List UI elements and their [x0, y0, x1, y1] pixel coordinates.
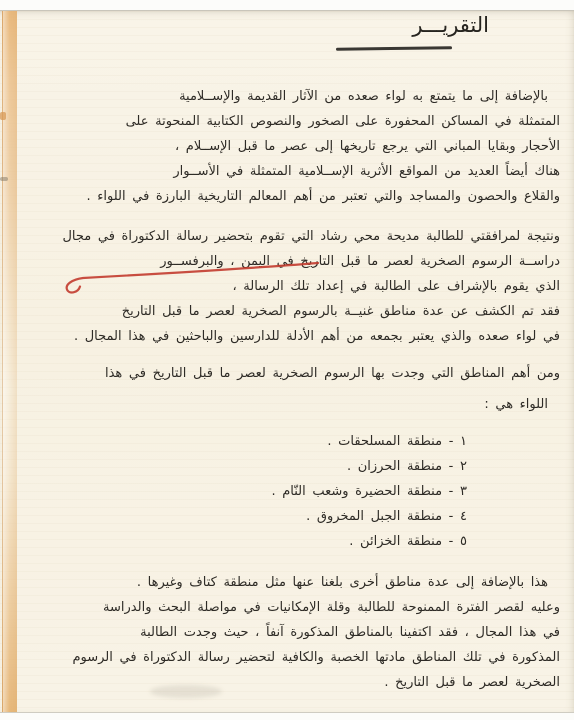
text-line: هذا بالإضافة إلى عدة مناطق أخرى بلغنا عن…	[72, 570, 560, 595]
list-item: ١ - منطقة المسلحقات .	[271, 429, 467, 454]
text-line: دراســة الرسوم الصخرية لعصر ما قبل التار…	[62, 249, 560, 274]
edge-mark	[0, 177, 8, 181]
list-item: ٤ - منطقة الجبل المخروق .	[271, 504, 467, 529]
text-line: الأحجار وبقايا المباني التي يرجع تاريخها…	[87, 134, 560, 159]
edge-mark	[0, 112, 6, 120]
text-line: في لواء صعده والذي يعتبر بجمعه من أهم ال…	[62, 324, 560, 349]
paragraph-2: ونتيجة لمرافقتي للطالبة مديحة محي رشاد ا…	[62, 224, 560, 349]
text-line: في هذا المجال ، فقد اكتفينا بالمناطق الم…	[72, 620, 560, 645]
sites-numbered-list: ١ - منطقة المسلحقات . ٢ - منطقة الحرزان …	[271, 429, 467, 554]
paragraph-3: ومن أهم المناطق التي وجدت بها الرسوم الص…	[105, 358, 560, 420]
text-line: والقلاع والحصون والمساجد والتي تعتبر من …	[87, 184, 560, 209]
report-title: التقريـــر	[412, 10, 489, 40]
text-line: فقد تم الكشف عن عدة مناطق غنيــة بالرسوم…	[62, 299, 560, 324]
paragraph-4: هذا بالإضافة إلى عدة مناطق أخرى بلغنا عن…	[72, 570, 560, 695]
text-line: اللواء هي :	[105, 389, 560, 420]
text-line: الصخرية لعصر ما قبل التاريخ .	[72, 670, 560, 695]
list-item: ٥ - منطقة الخزائن .	[271, 529, 467, 554]
text-line: وعليه لقصر الفترة الممنوحة للطالبة وقلة …	[72, 595, 560, 620]
text-line: المذكورة في تلك المناطق مادتها الخصبة وا…	[72, 645, 560, 670]
paragraph-1: بالإضافة إلى ما يتمتع به لواء صعده من ال…	[87, 84, 560, 209]
list-item: ٢ - منطقة الحرزان .	[271, 454, 467, 479]
list-item: ٣ - منطقة الحضيرة وشعب النّام .	[271, 479, 467, 504]
text-line: الذي يقوم بالإشراف على الطالبة في إعداد …	[62, 274, 560, 299]
scanned-page: التقريـــر بالإضافة إلى ما يتمتع به لواء…	[0, 0, 574, 720]
text-line: بالإضافة إلى ما يتمتع به لواء صعده من ال…	[87, 84, 560, 109]
text-line: المتمثلة في المساكن المحفورة على الصخور …	[87, 109, 560, 134]
pencil-smudge	[150, 685, 222, 698]
text-line: ونتيجة لمرافقتي للطالبة مديحة محي رشاد ا…	[62, 224, 560, 249]
text-line: هناك أيضاً العديد من المواقع الأثرية الإ…	[87, 159, 560, 184]
text-line: ومن أهم المناطق التي وجدت بها الرسوم الص…	[105, 358, 560, 389]
